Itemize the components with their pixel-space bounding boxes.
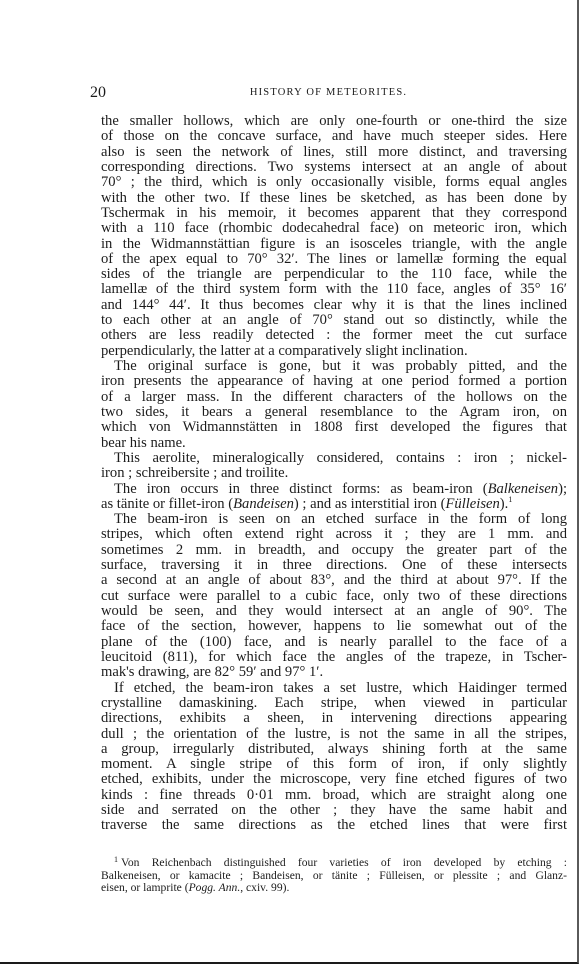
text-line: of those on the concave surface, and hav… [101,129,567,144]
footnote-line: eisen, or lamprite (Pogg. Ann., cxiv. 99… [101,882,567,895]
running-head: HISTORY OF METEORITES. [90,87,567,99]
text-line: side and serrated on the other ; they ha… [101,803,567,818]
text-line: which von Widmannstätten in 1808 first d… [101,420,567,435]
text-line: cut surface were parallel to a cubic fac… [101,589,567,604]
text-line: in the Widmannstättian figure is an isos… [101,237,567,252]
text-segment: The iron occurs in three distinct forms:… [114,481,488,497]
text-line: would be seen, and they would intersect … [101,604,567,619]
text-line: with the other two. If these lines be sk… [101,191,567,206]
text-line: also is seen the network of lines, still… [101,145,567,160]
text-line: etched, exhibits, under the microscope, … [101,772,567,787]
text-line: of a larger mass. In the different chara… [101,390,567,405]
text-line: If etched, the beam-iron takes a set lus… [101,681,567,696]
text-line: 70° ; the third, which is only occasiona… [101,175,567,190]
text-line: sometimes 2 mm. in breadth, and occupy t… [101,543,567,558]
text-line: with a 110 face (rhombic dodecahedral fa… [101,221,567,236]
text-line: stripes, which often extend right across… [101,527,567,542]
text-line: a group, irregularly distributed, always… [101,742,567,757]
footnotes: 1Von Reichenbach distinguished four vari… [101,857,567,895]
text-line: a second at an angle of about 83°, and t… [101,573,567,588]
text-line: perpendicularly, the latter at a compara… [101,344,567,359]
footnote-reference[interactable]: 1 [508,495,512,504]
text-line: traverse the same directions as the etch… [101,818,567,833]
text-line: The iron occurs in three distinct forms:… [101,482,567,497]
italic-term: Pogg. Ann. [189,881,241,894]
text-line: kinds : fine threads 0·01 mm. broad, whi… [101,788,567,803]
text-line: leucitoid (811), for which face the angl… [101,650,567,665]
text-line: The beam-iron is seen on an etched surfa… [101,512,567,527]
page-header: 20 HISTORY OF METEORITES. [90,84,567,102]
text-line: bear his name. [101,436,567,451]
text-segment: , cxiv. 99). [240,881,289,894]
text-line: Tschermak in his memoir, it becomes appa… [101,206,567,221]
book-page: 20 HISTORY OF METEORITES. the smaller ho… [0,0,579,964]
text-segment: ); [558,481,567,497]
body-text: the smaller hollows, which are only one-… [101,114,567,834]
text-line: iron presents the appearance of having a… [101,374,567,389]
text-segment: as tänite or fillet-iron ( [101,496,233,512]
italic-term: Bandeisen [233,496,294,512]
text-line: dull ; the orientation of the lustre, is… [101,727,567,742]
text-line: iron ; schreibersite ; and troilite. [101,466,567,481]
footnote-mark: 1 [114,855,118,864]
text-line: others are less readily detected : the f… [101,328,567,343]
text-line: The original surface is gone, but it was… [101,359,567,374]
italic-term: Balkeneisen [488,481,559,497]
text-line: crystalline damaskining. Each stripe, wh… [101,696,567,711]
text-line: the smaller hollows, which are only one-… [101,114,567,129]
text-line: surface, traversing it in three directio… [101,558,567,573]
text-line: two sides, it bears a general resemblanc… [101,405,567,420]
text-line: corresponding directions. Two systems in… [101,160,567,175]
text-line: of the apex equal to 70° 32′. The lines … [101,252,567,267]
text-line: to each other at an angle of 70° stand o… [101,313,567,328]
text-segment: ) ; and as interstitial iron ( [294,496,446,512]
text-line: directions, exhibits a sheen, in interve… [101,711,567,726]
text-line: lamellæ of the third system form with th… [101,282,567,297]
text-segment: eisen, or lamprite ( [101,881,189,894]
italic-term: Fülleisen [445,496,499,512]
text-line: mak's drawing, are 82° 59′ and 97° 1′. [101,665,567,680]
text-line: sides of the triangle are perpendicular … [101,267,567,282]
text-line: and 144° 44′. It thus becomes clear why … [101,298,567,313]
text-line: This aerolite, mineralogically considere… [101,451,567,466]
text-line: moment. A single stripe of this form of … [101,757,567,772]
text-line: face of the section, however, happens to… [101,619,567,634]
text-line: as tänite or fillet-iron (Bandeisen) ; a… [101,497,567,512]
text-line: plane of the (100) face, and is nearly p… [101,635,567,650]
footnote-line: 1Von Reichenbach distinguished four vari… [101,857,567,870]
